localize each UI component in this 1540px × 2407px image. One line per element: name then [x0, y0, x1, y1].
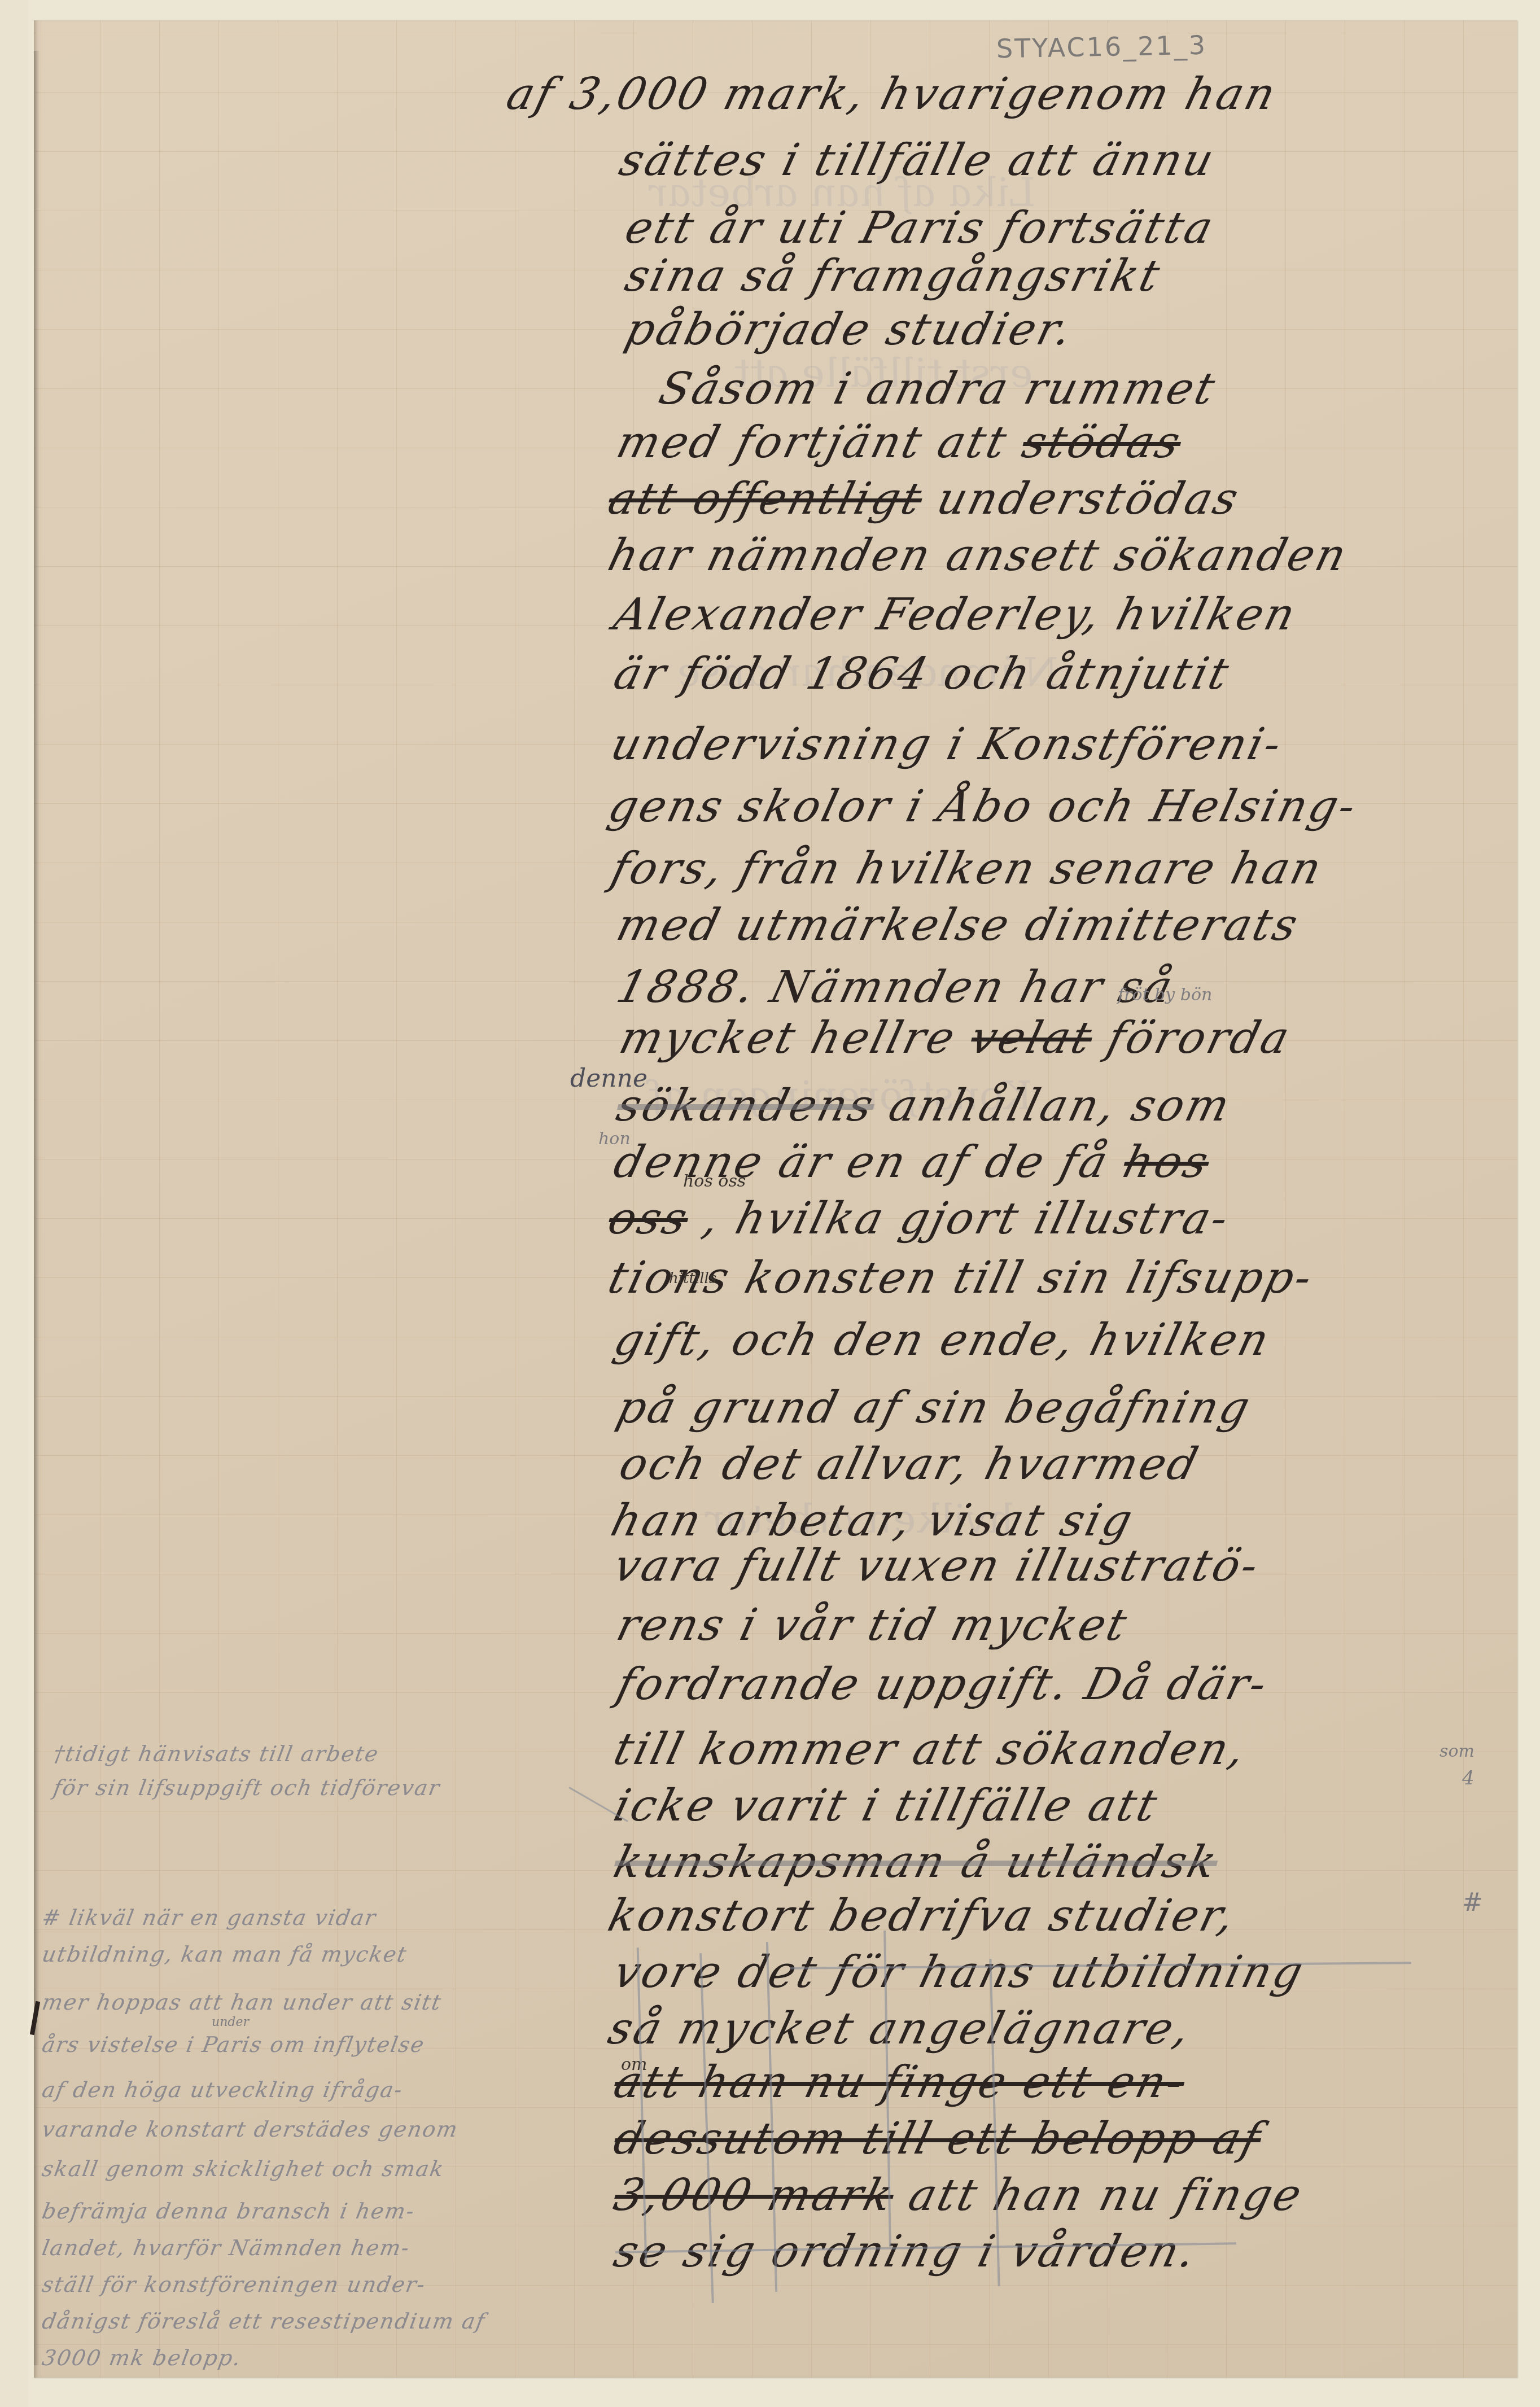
margin-note-line: †tidigt hänvisats till arbete — [51, 1741, 381, 1766]
text-line: Såsom i andra rummet — [655, 367, 1221, 411]
text-line: sina så framgångsrikt — [621, 254, 1166, 298]
text-line: oss , hvilka gjort illustra- — [604, 1197, 1235, 1241]
text-line: af 3,000 mark, hvarigenom han — [502, 72, 1281, 116]
margin-note-line: för sin lifsuppgift och tidförevar — [51, 1775, 442, 1800]
text-line: konstort bedrifva studier, — [604, 1894, 1241, 1938]
struck-word: oss — [603, 1193, 694, 1244]
margin-note-line: ställ för konstföreningen under- — [40, 2272, 428, 2297]
text-line: till kommer att sökanden, — [610, 1727, 1252, 1771]
text-line: sökandens anhållan, som — [613, 1084, 1236, 1128]
margin-note-line: utbildning, kan man få mycket — [40, 1942, 409, 1967]
margin-note-line: mer hoppas att han under att sitt — [40, 1990, 444, 2015]
text-line: på grund af sin begåfning — [613, 1386, 1256, 1430]
margin-note-line: landet, hvarför Nämnden hem- — [40, 2235, 412, 2260]
text-line: vore det för hans utbildning — [610, 1950, 1309, 1994]
struck-line: att han nu finge ett en- — [609, 2057, 1191, 2108]
text-line: att offentligt understödas — [604, 477, 1244, 521]
margin-note-insertion: under — [212, 2015, 249, 2029]
text-line: kunskapsman å utländsk — [610, 1840, 1223, 1884]
text-segment: med fortjänt att — [612, 417, 1014, 468]
margin-note-line: skall genom skicklighet och smak — [40, 2156, 446, 2181]
text-line: påbörjade studier. — [621, 308, 1078, 352]
margin-note-line: dånigst föreslå ett resestipendium af — [40, 2309, 487, 2334]
text-line: och det allvar, hvarmed — [615, 1442, 1204, 1486]
text-line: mycket hellre velat förorda — [615, 1016, 1296, 1060]
text-line: med fortjänt att stödas — [613, 421, 1187, 465]
text-line: gens skolor i Åbo och Helsing- — [604, 785, 1362, 829]
margin-note-line: af den höga utveckling ifråga- — [40, 2077, 405, 2102]
ink-insertion: hittills — [669, 1270, 716, 1287]
text-line: rens i vår tid mycket — [613, 1603, 1133, 1647]
text-line: undervisning i Konstföreni- — [607, 723, 1288, 767]
margin-note-line: års vistelse i Paris om inflytelse — [40, 2032, 427, 2057]
text-segment: understödas — [932, 474, 1245, 524]
margin-note-line: # likväl när en gansta vidar — [40, 1905, 379, 1930]
ink-insertion: hos oss — [683, 1171, 746, 1191]
text-segment: anhållan, som — [884, 1080, 1237, 1131]
text-segment: , hvilka gjort illustra- — [698, 1193, 1235, 1244]
text-line: han arbetar, visat sig — [607, 1499, 1139, 1543]
text-line: sättes i tillfälle att ännu — [615, 138, 1220, 182]
text-line: icke varit i tillfälle att — [610, 1784, 1163, 1828]
text-line: 3,000 mark att han nu finge — [610, 2173, 1308, 2217]
text-line: ett år uti Paris fortsätta — [621, 206, 1219, 250]
text-segment: förorda — [1102, 1013, 1296, 1064]
struck-word: hos — [1118, 1137, 1215, 1188]
text-line: 1888. Nämnden har så — [613, 965, 1179, 1009]
struck-word: stödas — [1017, 417, 1187, 468]
pencil-insertion: fröt by bön — [1118, 985, 1212, 1005]
hash-mark-icon: # — [1462, 1888, 1483, 1917]
text-line: med utmärkelse dimitterats — [613, 903, 1304, 947]
text-segment: mycket hellre — [615, 1013, 962, 1064]
margin-note-line: 3000 mk belopp. — [40, 2345, 243, 2370]
pencil-struck-word: kunskapsman å utländsk — [609, 1837, 1224, 1888]
text-line: så mycket angelägnare, — [604, 2007, 1196, 2051]
struck-word: sökandens — [612, 1080, 881, 1131]
backing-board — [0, 0, 28, 2407]
text-line: har nämnden ansett sökanden — [604, 533, 1353, 577]
text-line: fordrande uppgift. Då där- — [613, 1662, 1273, 1706]
archive-reference-code: STYAC16_21_3 — [996, 30, 1208, 64]
text-line: är född 1864 och åtnjutit — [610, 652, 1235, 696]
text-line: gift, och den ende, hvilken — [610, 1318, 1275, 1362]
text-line: Alexander Federley, hvilken — [610, 593, 1301, 637]
struck-words: 3,000 mark — [609, 2170, 900, 2221]
margin-note-line: varande konstart derstädes genom — [40, 2117, 460, 2142]
struck-word: velat — [965, 1013, 1098, 1064]
text-segment: att han nu finge — [903, 2170, 1309, 2221]
text-line: att han nu finge ett en- — [610, 2060, 1190, 2104]
text-line: fors, från hvilken senare han — [607, 847, 1328, 891]
pencil-insertion: 4 — [1462, 1767, 1475, 1789]
pencil-insertion: som — [1440, 1741, 1475, 1761]
margin-note-line: befrämja denna bransch i hem- — [40, 2199, 417, 2224]
text-line: vara fullt vuxen illustratö- — [610, 1544, 1265, 1588]
struck-words: att offentligt — [603, 474, 929, 524]
